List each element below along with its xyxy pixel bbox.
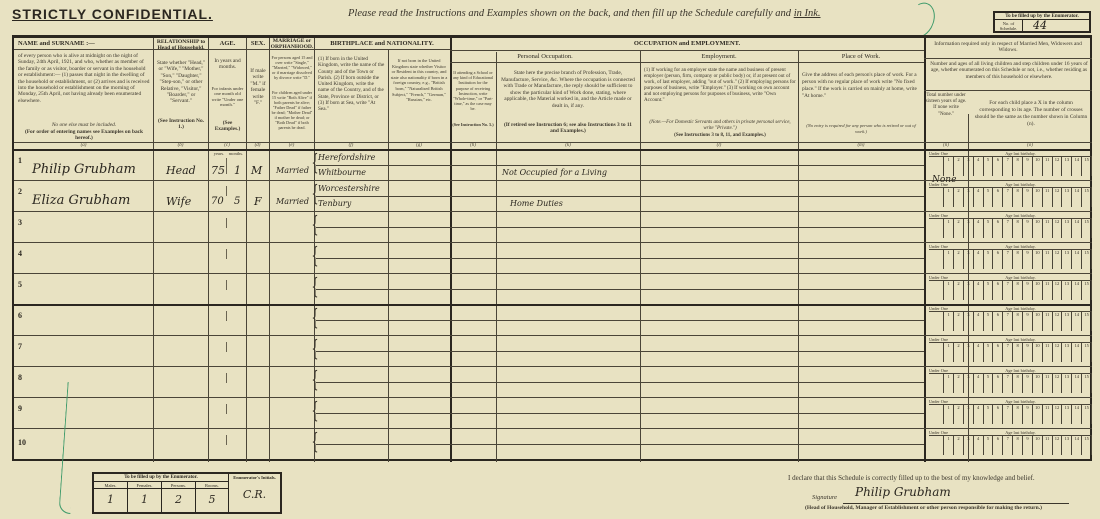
col-letter-d: (d) — [246, 143, 269, 148]
children-age-grid: Under OneAge last birthday. 123456789101… — [929, 430, 1092, 455]
rooms-label: Rooms. — [196, 482, 229, 489]
enumerator-box: To be filled up by the Enumerator. Enume… — [92, 472, 282, 514]
nationality-instructions: If not born in the United Kingdom state … — [390, 58, 448, 103]
under-one-label: Under One — [929, 151, 949, 156]
relationship-instructions: State whether "Head," or "Wife," "Mother… — [155, 60, 207, 105]
header-place-of-work: Place of Work. — [798, 53, 924, 61]
birthplace-instructions: (1) If born in the United Kingdom, write… — [318, 56, 386, 113]
males-value: 1 — [94, 489, 128, 512]
females-value: 1 — [128, 489, 162, 512]
children-group-header: Information required only in respect of … — [926, 41, 1090, 54]
row2-relationship: Wife — [166, 195, 191, 208]
children-age-grid: Under OneAge last birthday. 123456789101… — [929, 151, 1092, 176]
col-letter-o: (o) — [968, 143, 1092, 148]
row-number: 4 — [18, 249, 22, 258]
header-relationship: RELATIONSHIP to Head of Household. — [154, 39, 208, 51]
header-personal-occupation: Personal Occupation. — [450, 53, 640, 61]
name-instructions: of every person who is alive at midnight… — [18, 53, 150, 104]
children-header: Number and ages of all living children a… — [928, 61, 1090, 80]
row1-marriage: Married — [276, 166, 309, 175]
place-of-work-instructions: Give the address of each person's place … — [802, 72, 920, 100]
age-sub-months: months. — [226, 151, 246, 157]
row1-age-years: 75 — [211, 164, 225, 177]
census-schedule-page: STRICTLY CONFIDENTIAL. Please read the I… — [0, 0, 1100, 519]
enumerator-initials-value: C.R. — [229, 484, 280, 507]
age-last-birthday-label: Age last birthday. — [949, 151, 1092, 156]
row1-age-months: 1 — [234, 164, 241, 177]
persons-value: 2 — [162, 489, 196, 512]
row2-occupation: Home Duties — [510, 199, 563, 208]
row2-birthplace-county: Worcestershire — [318, 184, 380, 193]
row-number: 3 — [18, 218, 22, 227]
row1-birthplace-county: Herefordshire — [318, 153, 375, 162]
col-letter-e: (e) — [269, 143, 314, 148]
instruction-ink: in Ink. — [794, 8, 821, 19]
col-letter-l: (l) — [640, 143, 798, 148]
schedule-number-box: To be filled up by the Enumerator. No. o… — [993, 11, 1091, 33]
col-letter-f: (f) — [314, 143, 388, 148]
row-number: 2 — [18, 187, 22, 196]
row1-occupation: Not Occupied for a Living — [502, 168, 607, 177]
row2-age-years: 70 — [211, 196, 224, 207]
employment-note: (Note.—For Domestic Servants and others … — [644, 120, 796, 133]
marriage-instructions: For persons aged 15 and over write "Sing… — [271, 55, 313, 80]
rooms-value: 5 — [196, 489, 229, 512]
schedule-number-value: 44 — [1023, 20, 1089, 31]
age-infants: For infants under one month old write "U… — [210, 86, 245, 108]
age-cells[interactable]: 123456789101112131415 — [929, 156, 1092, 176]
row-number: 10 — [18, 438, 26, 447]
col-letter-c: (c) — [208, 143, 246, 148]
row1-name: Philip Grubham — [32, 162, 136, 177]
declaration-text: I declare that this Schedule is correctl… — [788, 474, 1035, 482]
row1-birthplace-town: Whitbourne — [318, 168, 366, 177]
row-number: 8 — [18, 373, 22, 382]
school-instructions: If attending a School or any kind of Edu… — [452, 70, 494, 112]
enumerator-initials-header: Enumerator's Initials. — [229, 474, 280, 482]
name-note: No one else must be included. — [18, 122, 150, 128]
children-age-grid: Under OneAge last birthday. 123456789101… — [929, 213, 1092, 238]
header-birthplace: BIRTHPLACE and NATIONALITY. — [314, 40, 450, 48]
schedule-number-label: No. of Schedule. — [995, 20, 1023, 31]
females-label: Females. — [128, 482, 162, 489]
header-occupation-group: OCCUPATION and EMPLOYMENT. — [450, 40, 924, 48]
confidential-title: STRICTLY CONFIDENTIAL. — [12, 6, 213, 22]
row-number: 1 — [18, 156, 22, 165]
col-letter-b: (b) — [153, 143, 208, 148]
header-marriage: MARRIAGE or ORPHANHOOD. — [270, 38, 314, 50]
relationship-see: (See Instruction No. 1.) — [155, 118, 207, 131]
col-letter-a: (a) — [14, 143, 153, 148]
header-sex: SEX. — [247, 40, 269, 48]
employment-instructions: (1) If working for an employer state the… — [644, 67, 796, 103]
row-number: 9 — [18, 404, 22, 413]
signature-note: (Head of Household, Manager of Establish… — [805, 505, 1042, 511]
row2-sex: F — [254, 195, 262, 208]
signature-line — [843, 503, 1069, 504]
header-employment: Employment. — [640, 53, 798, 61]
children-age-grid: Under OneAge last birthday. 123456789101… — [929, 182, 1092, 207]
col-letter-h: (h) — [450, 143, 496, 148]
personal-occupation-retired: (If retired see Instruction 6; see also … — [500, 122, 636, 135]
header-name: NAME and SURNAME :— — [18, 40, 148, 48]
children-total-desc: Total number under sixteen years of age.… — [925, 93, 967, 118]
children-age-grid: Under OneAge last birthday. 123456789101… — [929, 399, 1092, 424]
employment-see: (See Instructions 3 to 8, 11, and Exampl… — [644, 133, 796, 139]
instruction-text: Please read the Instructions and Example… — [348, 8, 794, 19]
sex-instructions: If male write "M." if female write "F." — [248, 68, 268, 106]
personal-occupation-instructions: State here the precise branch of Profess… — [500, 70, 636, 109]
children-age-grid: Under OneAge last birthday. 123456789101… — [929, 337, 1092, 362]
col-letter-n: (n) — [924, 143, 968, 148]
col-letter-m: (m) — [798, 143, 924, 148]
col-letter-k: (k) — [496, 143, 640, 148]
males-label: Males. — [94, 482, 128, 489]
header-age: AGE. — [209, 40, 246, 48]
col-letter-g: (g) — [388, 143, 450, 148]
persons-label: Persons. — [162, 482, 196, 489]
row-number: 5 — [18, 280, 22, 289]
row-number: 7 — [18, 342, 22, 351]
row-number: 6 — [18, 311, 22, 320]
signature-label: Signature — [812, 494, 837, 501]
name-order: (For order of entering names see Example… — [18, 129, 150, 142]
children-age-grid: Under OneAge last birthday. 123456789101… — [929, 306, 1092, 331]
age-see: (See Examples.) — [210, 120, 245, 133]
enumerator-box-header: To be filled up by the Enumerator. — [94, 474, 229, 482]
place-of-work-note: (No entry is required for any person who… — [802, 123, 920, 136]
row2-birthplace-town: Tenbury — [318, 199, 351, 208]
row1-relationship: Head — [166, 164, 196, 177]
row2-age-months: 5 — [234, 196, 240, 207]
children-age-grid: Under OneAge last birthday. 123456789101… — [929, 244, 1092, 269]
row2-marriage: Married — [276, 197, 309, 206]
age-instructions: In years and months. — [210, 58, 245, 71]
children-age-grid: Under OneAge last birthday. 123456789101… — [929, 275, 1092, 300]
signature-value: Philip Grubham — [855, 485, 951, 499]
row1-sex: M — [251, 164, 262, 177]
children-age-grid: Under OneAge last birthday. 123456789101… — [929, 368, 1092, 393]
household-schedule-table: NAME and SURNAME :— of every person who … — [12, 35, 1092, 461]
row2-name: Eliza Grubham — [32, 193, 130, 208]
children-each-desc: For each child place a X in the column c… — [974, 100, 1088, 128]
school-see: (See Instruction No. 5.) — [452, 122, 494, 128]
instruction-line: Please read the Instructions and Example… — [348, 8, 821, 19]
marriage-children: For children aged under 15 write "Both A… — [271, 90, 313, 130]
